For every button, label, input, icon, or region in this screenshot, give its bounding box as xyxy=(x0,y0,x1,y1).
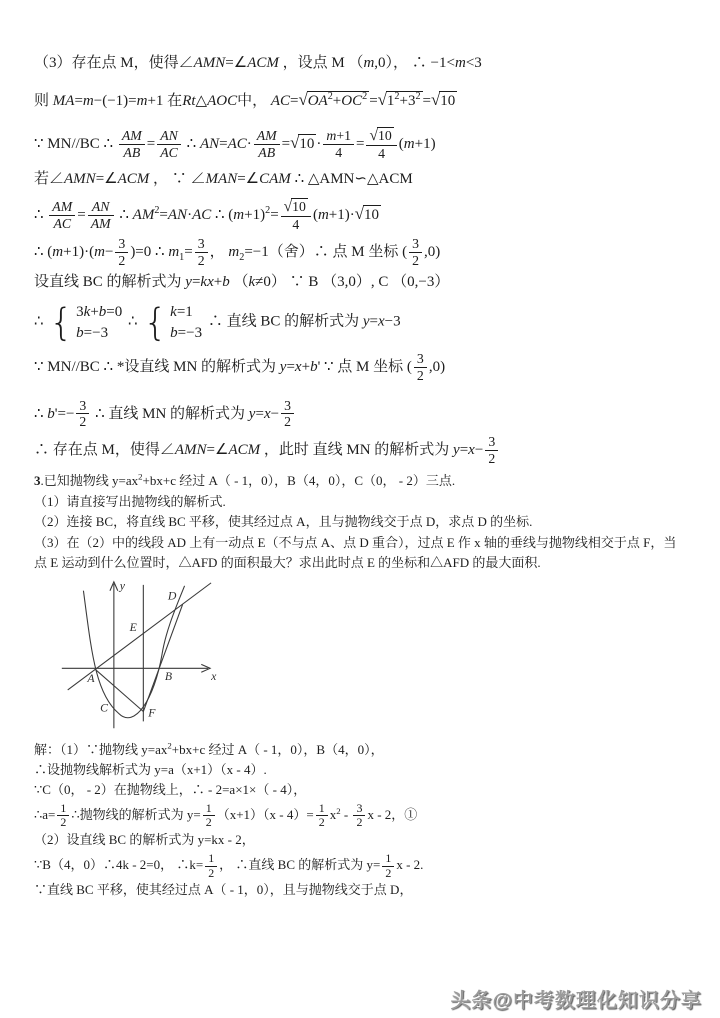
part3_solution-line-10: ∴ b'=−32 ∴ 直线 MN 的解析式为 y=x−32 xyxy=(34,398,690,431)
part3_solution-line-8: ∴ {3k+b=0b=−3 ∴ {k=1b=−3 ∴ 直线 BC 的解析式为 y… xyxy=(34,302,690,343)
fraction: 12 xyxy=(382,852,394,880)
part3_solution-line-3: ∵ MN//BC ∴ AMAB=ANAC ∴ AN=AC·AMAB=√10·m+… xyxy=(34,127,690,162)
problem3-line-1: 3.已知抛物线 y=ax2+bx+c 经过 A（ - 1，0），B（4，0），C… xyxy=(34,471,690,492)
fraction: ANAM xyxy=(88,199,114,232)
figure-label-E: E xyxy=(129,621,137,634)
part3_solution-line-4: 若∠AMN=∠ACM ， ∵ ∠MAN=∠CAM ∴ △AMN∽△ACM xyxy=(34,169,690,189)
problem3-line-3: （2）连接 BC，将直线 BC 平移，使其经过点 A，且与抛物线交于点 D，求点… xyxy=(34,512,690,533)
square-root: √10 xyxy=(431,89,457,112)
fraction: 32 xyxy=(115,236,128,269)
problem3-line-4: （3）在（2）中的线段 AD 上有一动点 E（不与点 A、点 D 重合），过点 … xyxy=(34,533,690,554)
solution3-line-7: ∵直线 BC 平移，使其经过点 A（ - 1，0），且与抛物线交于点 D， xyxy=(34,880,690,900)
part3_solution-line-5: ∴ AMAC=ANAM ∴ AM2=AN·AC ∴ (m+1)2=√104(m+… xyxy=(34,198,690,233)
solution3-line-5: （2）设直线 BC 的解析式为 y=kx - 2， xyxy=(34,830,690,850)
solution3-line-4: ∴a=12∴抛物线的解析式为 y=12（x+1）（x - 4）=12x2 - 3… xyxy=(34,802,690,830)
segment-FD xyxy=(143,604,182,711)
fraction: AMAB xyxy=(254,128,280,161)
fraction: 32 xyxy=(409,236,422,269)
fraction: 32 xyxy=(281,398,294,431)
square-root: √OA2+OC2 xyxy=(298,89,369,112)
part3_solution-line-9: ∵ MN//BC ∴ *设直线 MN 的解析式为 y=x+b' ∵ 点 M 坐标… xyxy=(34,351,690,384)
square-root: √10 xyxy=(284,198,308,216)
part3_solution-line-2: 则 MA=m−(−1)=m+1 在Rt△AOC中， AC=√OA2+OC2=√1… xyxy=(34,89,690,112)
watermark: 头条@中考数理化知识分享 xyxy=(450,984,702,1013)
figure-label-D: D xyxy=(167,589,177,602)
fraction: 12 xyxy=(203,802,215,830)
fraction: AMAB xyxy=(119,128,145,161)
section-problem3-statement: 3.已知抛物线 y=ax2+bx+c 经过 A（ - 1，0），B（4，0），C… xyxy=(34,471,690,574)
fraction: 32 xyxy=(353,802,365,830)
fraction: 32 xyxy=(195,236,208,269)
fraction: 12 xyxy=(205,852,217,880)
fraction: AMAC xyxy=(49,199,75,232)
part3_solution-line-6: ∴ (m+1)·(m−32)=0 ∴ m1=32， m2=−1（舍）∴ 点 M … xyxy=(34,236,690,269)
problem3-line-2: （1）请直接写出抛物线的解析式. xyxy=(34,492,690,513)
figure-label-A: A xyxy=(86,672,95,685)
fraction: 12 xyxy=(57,802,69,830)
fraction: √104 xyxy=(281,198,311,233)
fraction: 12 xyxy=(316,802,328,830)
part3_solution-line-7: 设直线 BC 的解析式为 y=kx+b （k≠0） ∵ B （3,0）, C （… xyxy=(34,272,690,292)
part3_solution-line-11: ∴ 存在点 M，使得∠AMN=∠ACM ，此时 直线 MN 的解析式为 y=x−… xyxy=(34,434,690,467)
figure-parabola-graph: y x A B C D E F xyxy=(48,576,228,740)
figure-svg: y x A B C D E F xyxy=(48,576,220,740)
section-problem3-solution: 解：（1）∵抛物线 y=ax2+bx+c 经过 A（ - 1，0），B（4，0）… xyxy=(34,740,690,901)
parabola-curve xyxy=(83,585,184,717)
part3_solution-line-1: （3）存在点 M，使得∠AMN=∠ACM ，设点 M （m,0）， ∴ −1<m… xyxy=(34,53,690,73)
fraction: 32 xyxy=(485,434,498,467)
document-page: （3）存在点 M，使得∠AMN=∠ACM ，设点 M （m,0）， ∴ −1<m… xyxy=(0,0,720,1018)
problem3-line-5: 点 E 运动到什么位置时，△AFD 的面积最大？求出此时点 E 的坐标和△AFD… xyxy=(34,553,690,574)
solution3-line-2: ∴设抛物线解析式为 y=a（x+1）（x - 4）. xyxy=(34,760,690,780)
fraction: √104 xyxy=(366,127,396,162)
figure-label-F: F xyxy=(147,706,156,719)
figure-label-x: x xyxy=(210,670,217,683)
equation-system: {3k+b=0b=−3 xyxy=(49,302,122,343)
fraction: 32 xyxy=(76,398,89,431)
figure-label-B: B xyxy=(165,670,172,683)
figure-label-y: y xyxy=(119,579,126,592)
square-root: √12+32 xyxy=(378,89,423,112)
section-part3-solution: （3）存在点 M，使得∠AMN=∠ACM ，设点 M （m,0）， ∴ −1<m… xyxy=(34,53,690,467)
solution3-line-3: ∵C（0， - 2）在抛物线上，∴ - 2=a×1×（ - 4）， xyxy=(34,780,690,800)
fraction: ANAC xyxy=(157,128,181,161)
figure-label-C: C xyxy=(100,701,108,714)
square-root: √10 xyxy=(355,203,381,226)
square-root: √10 xyxy=(369,127,393,145)
equation-system: {k=1b=−3 xyxy=(143,302,202,343)
square-root: √10 xyxy=(290,132,316,155)
solution3-line-1: 解：（1）∵抛物线 y=ax2+bx+c 经过 A（ - 1，0），B（4，0）… xyxy=(34,740,690,760)
solution3-line-6: ∵B（4，0）∴4k - 2=0， ∴k=12， ∴直线 BC 的解析式为 y=… xyxy=(34,852,690,880)
fraction: m+14 xyxy=(323,128,354,161)
fraction: 32 xyxy=(414,351,427,384)
